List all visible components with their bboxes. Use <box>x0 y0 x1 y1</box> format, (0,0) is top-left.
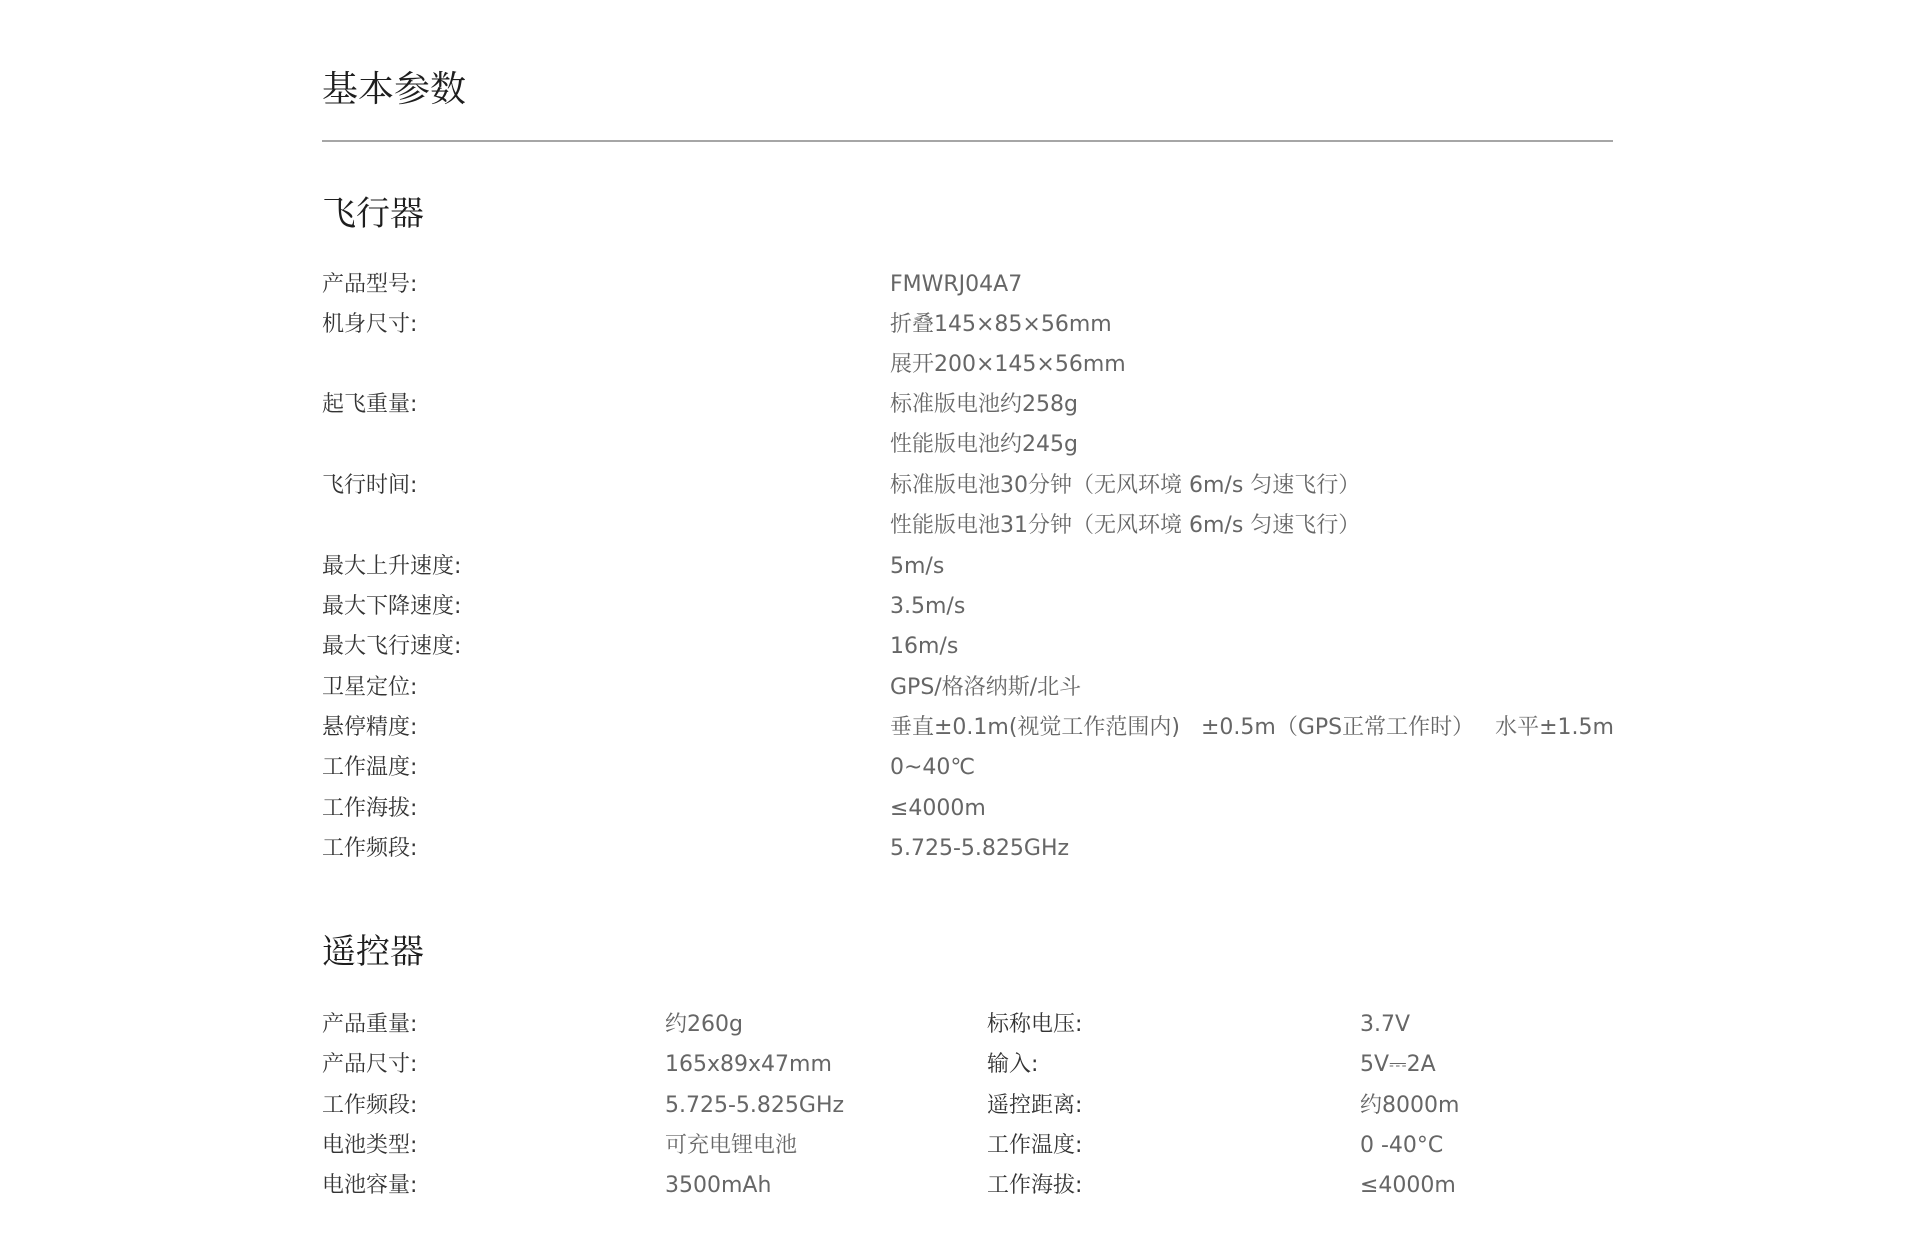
title-divider <box>322 140 1613 142</box>
spec-row: 工作温度: 0~40℃ <box>322 748 1722 788</box>
spec-value: 折叠145×85×56mm <box>890 305 1112 345</box>
spec-row: 性能版电池31分钟（无风环境 6m/s 匀速飞行） <box>322 506 1722 546</box>
spec-label: 输入: <box>987 1045 1038 1085</box>
spec-value: 可充电锂电池 <box>665 1126 797 1166</box>
remote-spec-row: 工作频段: 5.725-5.825GHz 遥控距离: 约8000m <box>322 1086 1722 1126</box>
section-title-remote: 遥控器 <box>322 930 424 974</box>
spec-label: 产品型号: <box>322 265 417 305</box>
spec-row: 最大飞行速度: 16m/s <box>322 627 1722 667</box>
spec-row: 最大上升速度: 5m/s <box>322 547 1722 587</box>
spec-value: 展开200×145×56mm <box>890 345 1126 385</box>
spec-label: 卫星定位: <box>322 668 417 708</box>
spec-label: 工作温度: <box>322 748 417 788</box>
remote-spec-row: 产品尺寸: 165x89x47mm 输入: 5V⎓2A <box>322 1045 1722 1085</box>
spec-value: 性能版电池约245g <box>890 425 1078 465</box>
spec-value: GPS/格洛纳斯/北斗 <box>890 668 1081 708</box>
spec-value: 约260g <box>665 1005 743 1045</box>
spec-value: 16m/s <box>890 627 958 667</box>
spec-label: 最大飞行速度: <box>322 627 461 667</box>
spec-value: 3.7V <box>1360 1005 1410 1045</box>
spec-value: 5.725-5.825GHz <box>890 829 1069 869</box>
spec-row: 卫星定位: GPS/格洛纳斯/北斗 <box>322 668 1722 708</box>
spec-value: ≤4000m <box>1360 1166 1456 1206</box>
spec-label: 标称电压: <box>987 1005 1082 1045</box>
remote-spec-row: 电池容量: 3500mAh 工作海拔: ≤4000m <box>322 1166 1722 1206</box>
spec-label: 电池容量: <box>322 1166 417 1206</box>
spec-value: 5.725-5.825GHz <box>665 1086 844 1126</box>
spec-value: 5m/s <box>890 547 944 587</box>
spec-label: 起飞重量: <box>322 385 417 425</box>
spec-label: 工作海拔: <box>987 1166 1082 1206</box>
spec-value: FMWRJ04A7 <box>890 265 1022 305</box>
spec-row: 悬停精度: 垂直±0.1m(视觉工作范围内) ±0.5m（GPS正常工作时） 水… <box>322 708 1722 748</box>
spec-label: 工作频段: <box>322 1086 417 1126</box>
page-title: 基本参数 <box>322 66 466 114</box>
spec-value: 3500mAh <box>665 1166 771 1206</box>
spec-label: 产品尺寸: <box>322 1045 417 1085</box>
spec-value: 性能版电池31分钟（无风环境 6m/s 匀速飞行） <box>890 506 1360 546</box>
remote-spec-row: 产品重量: 约260g 标称电压: 3.7V <box>322 1005 1722 1045</box>
spec-row: 性能版电池约245g <box>322 425 1722 465</box>
spec-value: 5V⎓2A <box>1360 1045 1436 1085</box>
spec-row: 工作频段: 5.725-5.825GHz <box>322 829 1722 869</box>
spec-label: 最大上升速度: <box>322 547 461 587</box>
spec-label: 飞行时间: <box>322 466 417 506</box>
spec-label: 工作频段: <box>322 829 417 869</box>
spec-row: 起飞重量: 标准版电池约258g <box>322 385 1722 425</box>
spec-value: 标准版电池30分钟（无风环境 6m/s 匀速飞行） <box>890 466 1360 506</box>
spec-value: 约8000m <box>1360 1086 1459 1126</box>
spec-value: 0~40℃ <box>890 748 975 788</box>
spec-value: 165x89x47mm <box>665 1045 832 1085</box>
spec-value: ≤4000m <box>890 789 986 829</box>
spec-label: 悬停精度: <box>322 708 417 748</box>
spec-row: 产品型号: FMWRJ04A7 <box>322 265 1722 305</box>
spec-row: 飞行时间: 标准版电池30分钟（无风环境 6m/s 匀速飞行） <box>322 466 1722 506</box>
spec-label: 产品重量: <box>322 1005 417 1045</box>
spec-label: 电池类型: <box>322 1126 417 1166</box>
spec-label: 最大下降速度: <box>322 587 461 627</box>
spec-value: 3.5m/s <box>890 587 965 627</box>
spec-value: 0 -40°C <box>1360 1126 1443 1166</box>
section-title-aircraft: 飞行器 <box>322 192 424 236</box>
spec-label: 遥控距离: <box>987 1086 1082 1126</box>
spec-row: 工作海拔: ≤4000m <box>322 789 1722 829</box>
spec-row: 机身尺寸: 折叠145×85×56mm <box>322 305 1722 345</box>
spec-row: 最大下降速度: 3.5m/s <box>322 587 1722 627</box>
spec-value: 标准版电池约258g <box>890 385 1078 425</box>
spec-label: 机身尺寸: <box>322 305 417 345</box>
remote-spec-row: 电池类型: 可充电锂电池 工作温度: 0 -40°C <box>322 1126 1722 1166</box>
spec-row: 展开200×145×56mm <box>322 345 1722 385</box>
spec-label: 工作温度: <box>987 1126 1082 1166</box>
spec-value: 垂直±0.1m(视觉工作范围内) ±0.5m（GPS正常工作时） 水平±1.5m <box>890 708 1614 748</box>
spec-label: 工作海拔: <box>322 789 417 829</box>
